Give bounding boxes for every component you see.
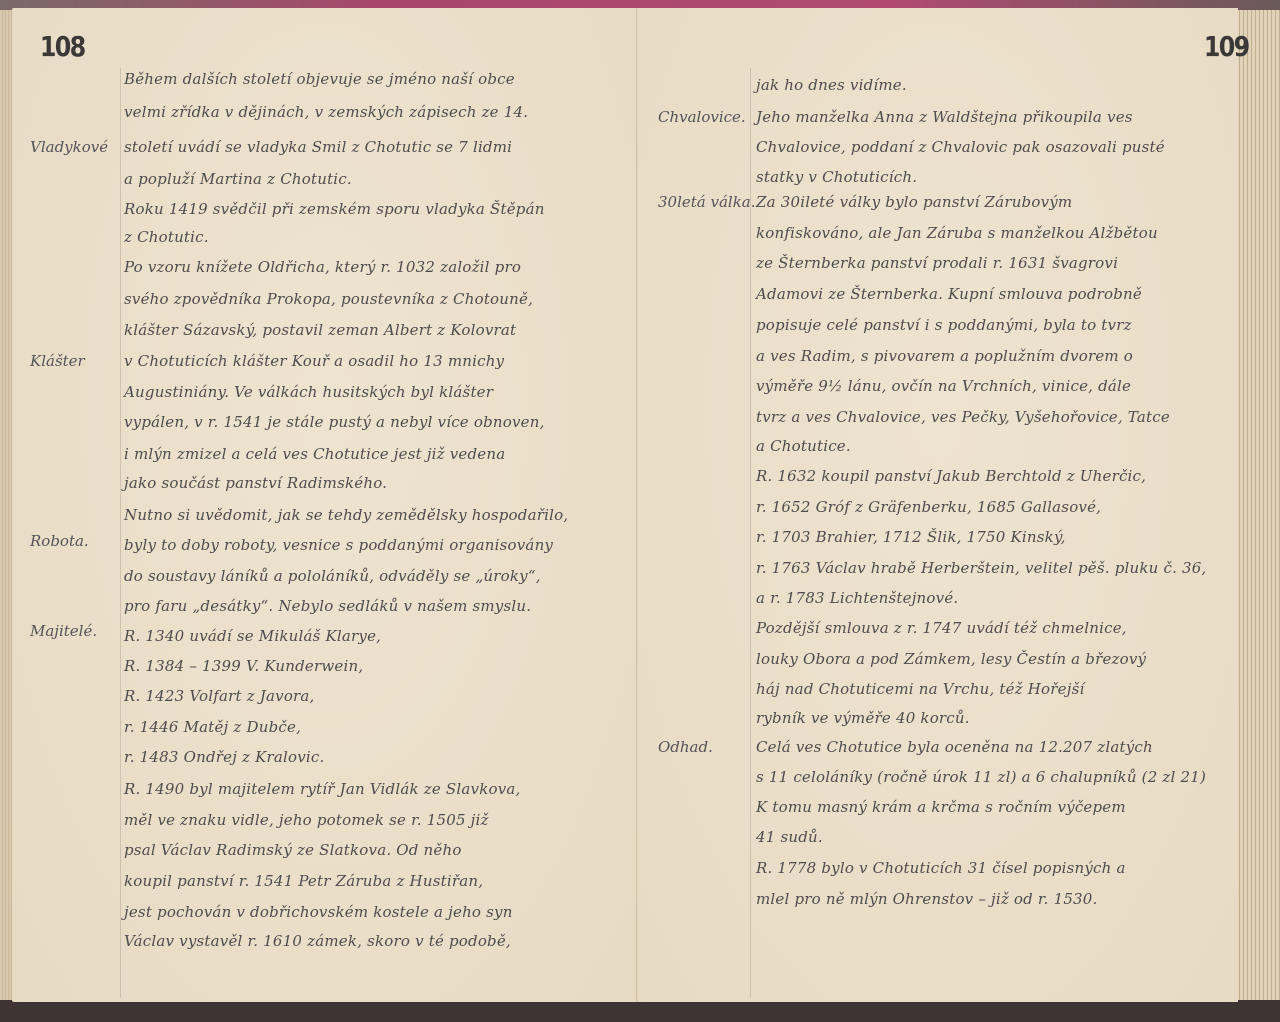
handwritten-line: r. 1652 Gróf z Gräfenberku, 1685 Gallaso… [756,498,1101,516]
margin-note: 30letá válka. [658,193,756,211]
handwritten-line: Adamovi ze Šternberka. Kupní smlouva pod… [756,285,1142,303]
handwritten-line: jak ho dnes vidíme. [756,76,907,94]
page-number: 108 [40,30,85,63]
handwritten-line: byly to doby roboty, vesnice s poddanými… [124,536,553,554]
handwritten-line: popisuje celé panství i s poddanými, byl… [756,316,1132,334]
handwritten-line: a r. 1783 Lichtenštejnové. [756,589,958,607]
handwritten-line: r. 1703 Brahier, 1712 Šlik, 1750 Kinský, [756,528,1066,546]
page-number: 109 [1204,30,1249,63]
margin-note: Chvalovice. [658,108,746,126]
page-stack-edge-right [1236,10,1280,1000]
handwritten-line: statky v Chotuticích. [756,168,917,186]
handwritten-line: r. 1483 Ondřej z Kralovic. [124,748,325,766]
handwritten-line: Jeho manželka Anna z Waldštejna přikoupi… [756,108,1133,126]
handwritten-line: R. 1490 byl majitelem rytíř Jan Vidlák z… [124,780,521,798]
handwritten-line: svého zpovědníka Prokopa, poustevníka z … [124,290,533,308]
handwritten-line: v Chotuticích klášter Kouř a osadil ho 1… [124,352,504,370]
handwritten-line: Celá ves Chotutice byla oceněna na 12.20… [756,738,1153,756]
handwritten-line: R. 1778 bylo v Chotuticích 31 čísel popi… [756,859,1126,877]
handwritten-line: vypálen, v r. 1541 je stále pustý a neby… [124,413,545,431]
handwritten-line: Během dalších století objevuje se jméno … [124,70,515,88]
book-cover-bottom [0,1000,1280,1022]
handwritten-line: R. 1340 uvádí se Mikuláš Klarye, [124,627,381,645]
handwritten-line: mlel pro ně mlýn Ohrenstov – již od r. 1… [756,890,1098,908]
handwritten-line: z Chotutic. [124,228,209,246]
handwritten-line: ze Šternberka panství prodali r. 1631 šv… [756,254,1118,272]
handwritten-line: Augustiniány. Ve válkách husitských byl … [124,383,493,401]
handwritten-line: háj nad Chotuticemi na Vrchu, též Hořejš… [756,680,1084,698]
handwritten-line: do soustavy láníků a pololáníků, odváděl… [124,567,541,585]
handwritten-line: konfiskováno, ale Jan Záruba s manželkou… [756,224,1158,242]
handwritten-line: a ves Radim, s pivovarem a poplužním dvo… [756,347,1133,365]
left-page: 108 VladykovéKlášterRobota.Majitelé. Běh… [12,8,638,1002]
handwritten-line: století uvádí se vladyka Smil z Chotutic… [124,138,512,156]
handwritten-line: klášter Sázavský, postavil zeman Albert … [124,321,516,339]
handwritten-line: 41 sudů. [756,828,823,846]
handwritten-line: jako součást panství Radimského. [124,474,387,492]
margin-note: Vladykové [30,138,108,156]
handwritten-line: měl ve znaku vidle, jeho potomek se r. 1… [124,811,489,829]
handwritten-line: Za 30ileté války bylo panství Zárubovým [756,193,1072,211]
handwritten-line: Roku 1419 svědčil při zemském sporu vlad… [124,200,545,218]
margin-note: Klášter [30,352,85,370]
handwritten-line: Po vzoru knížete Oldřicha, který r. 1032… [124,258,521,276]
handwritten-line: i mlýn zmizel a celá ves Chotutice jest … [124,445,505,463]
margin-rule [120,68,121,998]
handwritten-line: R. 1423 Volfart z Javora, [124,687,315,705]
handwritten-line: rybník ve výměře 40 korců. [756,709,970,727]
handwritten-line: r. 1446 Matěj z Dubče, [124,718,301,736]
handwritten-line: pro faru „desátky“. Nebylo sedláků v naš… [124,597,531,615]
handwritten-line: psal Václav Radimský ze Slatkova. Od něh… [124,841,462,859]
handwritten-line: koupil panství r. 1541 Petr Záruba z Hus… [124,872,483,890]
handwritten-line: velmi zřídka v dějinách, v zemských zápi… [124,103,528,121]
handwritten-line: Chvalovice, poddaní z Chvalovic pak osaz… [756,138,1165,156]
handwritten-line: výměře 9½ lánu, ovčín na Vrchních, vinic… [756,377,1131,395]
handwritten-line: louky Obora a pod Zámkem, lesy Čestín a … [756,650,1146,668]
handwritten-line: a popluží Martina z Chotutic. [124,170,352,188]
handwritten-line: R. 1384 – 1399 V. Kunderwein, [124,657,363,675]
handwritten-line: Pozdější smlouva z r. 1747 uvádí též chm… [756,619,1127,637]
right-page: 109 Chvalovice.30letá válka.Odhad. jak h… [638,8,1238,1002]
handwritten-line: Nutno si uvědomit, jak se tehdy zeměděls… [124,506,568,524]
margin-note: Robota. [30,532,89,550]
margin-note: Odhad. [658,738,713,756]
margin-note: Majitelé. [30,622,97,640]
handwritten-line: Václav vystavěl r. 1610 zámek, skoro v t… [124,932,511,950]
handwritten-line: R. 1632 koupil panství Jakub Berchtold z… [756,467,1146,485]
handwritten-line: K tomu masný krám a krčma s ročním výčep… [756,798,1126,816]
handwritten-line: s 11 celoláníky (ročně úrok 11 zl) a 6 c… [756,768,1206,786]
handwritten-line: tvrz a ves Chvalovice, ves Pečky, Vyšeho… [756,408,1170,426]
handwritten-line: a Chotutice. [756,437,851,455]
handwritten-line: jest pochován v dobřichovském kostele a … [124,903,513,921]
handwritten-line: r. 1763 Václav hrabě Herberštein, velite… [756,559,1206,577]
